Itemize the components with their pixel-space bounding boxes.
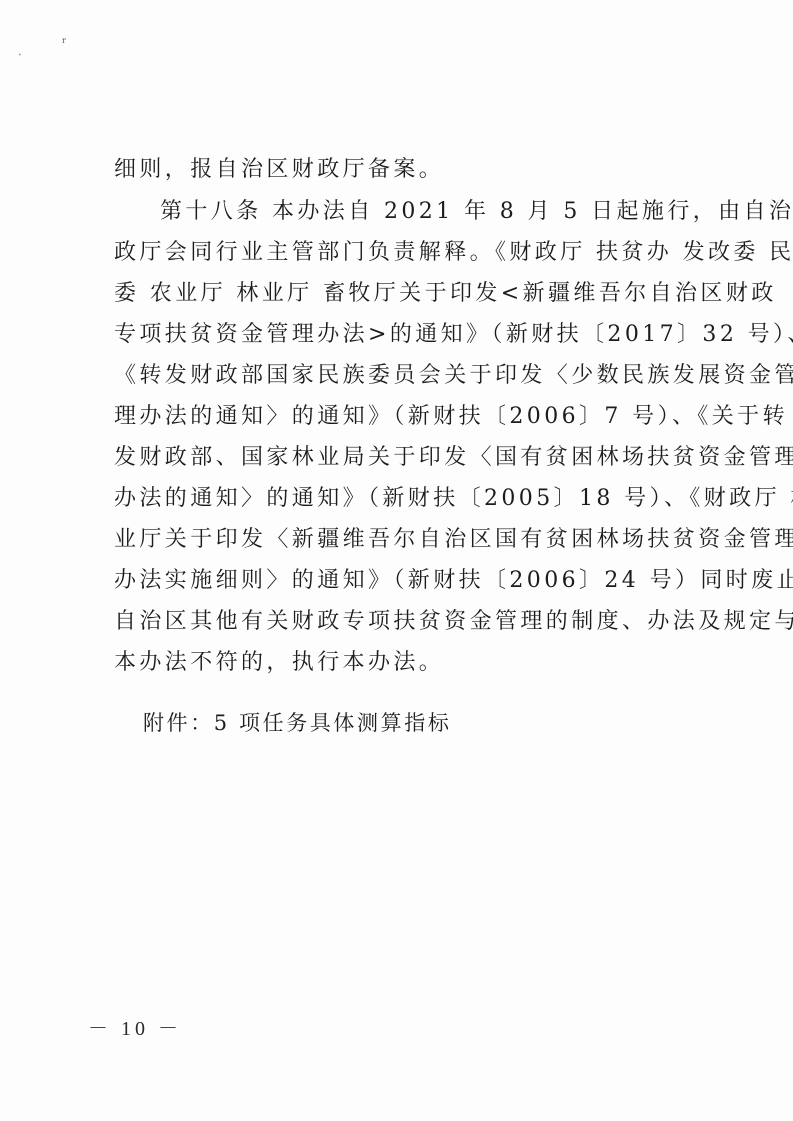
paragraph-line: 委 农业厅 林业厅 畜牧厅关于印发<新疆维吾尔自治区财政	[114, 281, 689, 307]
paragraph-line: 发财政部、国家林业局关于印发〈国有贫困林场扶贫资金管理	[114, 445, 689, 471]
paragraph-line: 办法的通知〉的通知》（新财扶〔2005〕18 号）、《财政厅 林	[114, 486, 689, 512]
paragraph-line: 理办法的通知〉的通知》（新财扶〔2006〕7 号）、《关于转	[114, 404, 689, 430]
scan-artifact: r	[62, 36, 66, 45]
scan-artifact: •	[18, 52, 22, 59]
paragraph-line: 业厅关于印发〈新疆维吾尔自治区国有贫困林场扶贫资金管理	[114, 527, 689, 553]
attachment-note: 附件：5 项任务具体测算指标	[143, 710, 451, 736]
document-page: r • 细则，报自治区财政厅备案。 第十八条 本办法自 2021 年 8 月 5…	[0, 0, 793, 1121]
paragraph-line: 专项扶贫资金管理办法>的通知》（新财扶〔2017〕32 号）、	[114, 322, 689, 348]
paragraph-line: 政厅会同行业主管部门负责解释。《财政厅 扶贫办 发改委 民	[114, 240, 689, 266]
paragraph-line: 办法实施细则〉的通知》（新财扶〔2006〕24 号）同时废止。	[114, 568, 689, 594]
article-18-heading-line: 第十八条 本办法自 2021 年 8 月 5 日起施行，由自治区财	[160, 199, 689, 225]
paragraph-line: 本办法不符的，执行本办法。	[114, 650, 689, 676]
paragraph-line: 《转发财政部国家民族委员会关于印发〈少数民族发展资金管	[114, 363, 689, 389]
paragraph-line: 自治区其他有关财政专项扶贫资金管理的制度、办法及规定与	[114, 609, 689, 635]
page-number: － 10 －	[88, 1012, 182, 1041]
paragraph-line: 细则，报自治区财政厅备案。	[114, 157, 689, 183]
